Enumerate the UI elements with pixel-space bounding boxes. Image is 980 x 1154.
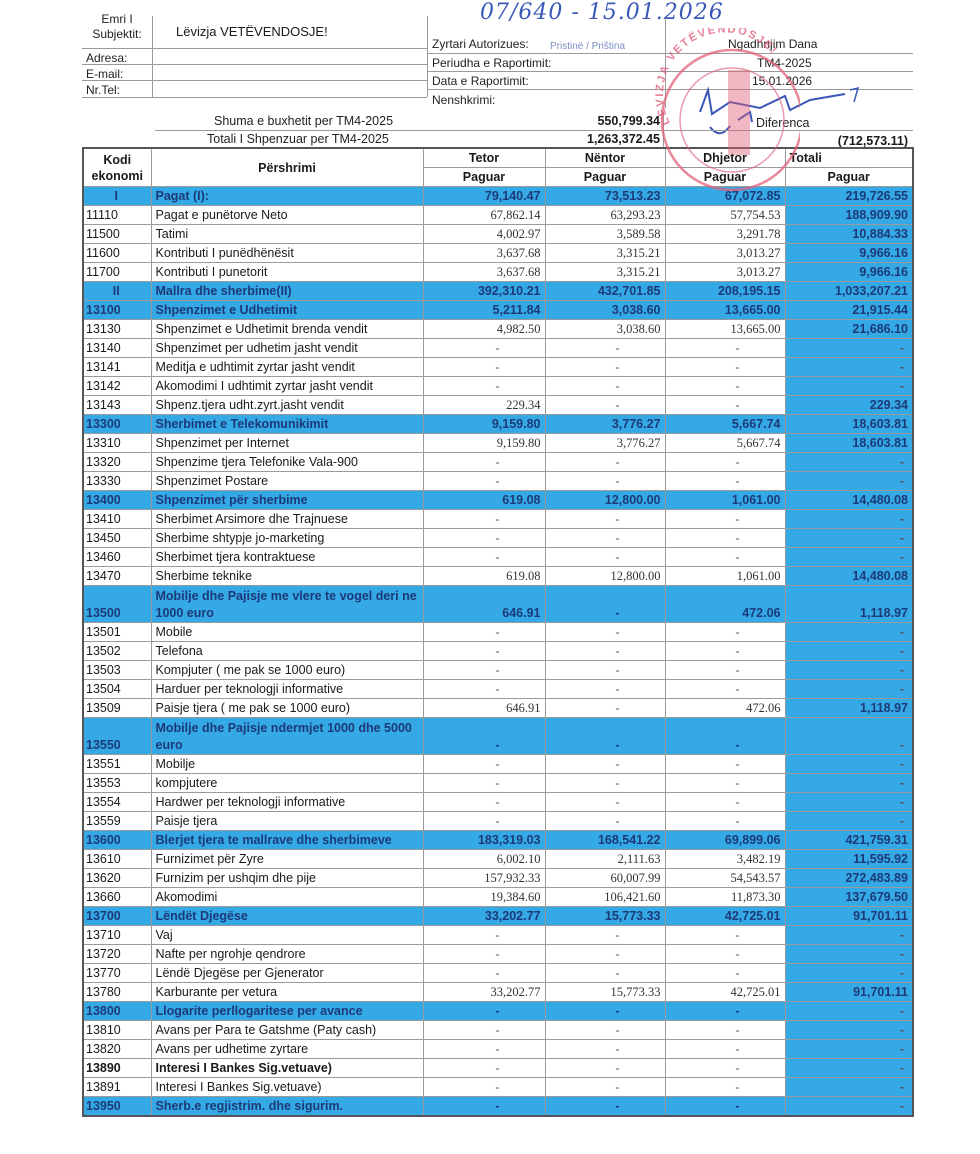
table-row: 13891Interesi I Bankes Sig.vetuave)---- bbox=[83, 1078, 913, 1097]
cell-code: II bbox=[83, 282, 151, 301]
cell-total: - bbox=[785, 472, 913, 491]
cell-code: 13141 bbox=[83, 358, 151, 377]
cell-november: - bbox=[545, 812, 665, 831]
table-row: 13140Shpenzimet per udhetim jasht vendit… bbox=[83, 339, 913, 358]
cell-december: - bbox=[665, 964, 785, 983]
cell-code: 13470 bbox=[83, 567, 151, 586]
cell-october: - bbox=[423, 755, 545, 774]
budget-label: Shuma e buxhetit per TM4-2025 bbox=[214, 114, 393, 128]
cell-december: 472.06 bbox=[665, 586, 785, 623]
cell-october: - bbox=[423, 510, 545, 529]
cell-october: - bbox=[423, 377, 545, 396]
cell-december: 57,754.53 bbox=[665, 206, 785, 225]
cell-october: - bbox=[423, 793, 545, 812]
report-date-label: Data e Raportimit: bbox=[432, 74, 529, 88]
cell-november: 73,513.23 bbox=[545, 187, 665, 206]
cell-total: - bbox=[785, 793, 913, 812]
cell-november: - bbox=[545, 339, 665, 358]
cell-description: Pagat (I): bbox=[151, 187, 423, 206]
email-label: E-mail: bbox=[86, 67, 123, 81]
phone-label: Nr.Tel: bbox=[86, 83, 120, 97]
table-row: 13320Shpenzime tjera Telefonike Vala-900… bbox=[83, 453, 913, 472]
header-december: Dhjetor bbox=[665, 148, 785, 168]
cell-october: - bbox=[423, 1097, 545, 1117]
cell-october: 33,202.77 bbox=[423, 983, 545, 1002]
cell-description: Shpenzimet e Udhetimit bbox=[151, 301, 423, 320]
cell-description: Interesi I Bankes Sig.vetuave) bbox=[151, 1059, 423, 1078]
cell-october: 5,211.84 bbox=[423, 301, 545, 320]
cell-december: - bbox=[665, 529, 785, 548]
cell-november: 15,773.33 bbox=[545, 983, 665, 1002]
cell-november: - bbox=[545, 926, 665, 945]
cell-total: 18,603.81 bbox=[785, 434, 913, 453]
cell-november: - bbox=[545, 1059, 665, 1078]
cell-total: 21,686.10 bbox=[785, 320, 913, 339]
header-october: Tetor bbox=[423, 148, 545, 168]
cell-october: 392,310.21 bbox=[423, 282, 545, 301]
cell-description: Kompjuter ( me pak se 1000 euro) bbox=[151, 661, 423, 680]
cell-october: 67,862.14 bbox=[423, 206, 545, 225]
cell-description: Meditja e udhtimit zyrtar jasht vendit bbox=[151, 358, 423, 377]
cell-december: - bbox=[665, 812, 785, 831]
official-label: Zyrtari Autorizues: bbox=[432, 37, 529, 51]
cell-december: - bbox=[665, 623, 785, 642]
table-group-row: 13500Mobilje dhe Pajisje me vlere te vog… bbox=[83, 586, 913, 623]
cell-december: 5,667.74 bbox=[665, 434, 785, 453]
cell-total: - bbox=[785, 548, 913, 567]
cell-code: 13553 bbox=[83, 774, 151, 793]
cell-total: 137,679.50 bbox=[785, 888, 913, 907]
cell-october: 646.91 bbox=[423, 699, 545, 718]
cell-total: - bbox=[785, 377, 913, 396]
cell-description: Tatimi bbox=[151, 225, 423, 244]
subject-value: Lëvizja VETËVENDOSJE! bbox=[176, 24, 328, 39]
header-november: Nëntor bbox=[545, 148, 665, 168]
cell-october: - bbox=[423, 718, 545, 755]
cell-november: 106,421.60 bbox=[545, 888, 665, 907]
table-row: 13553kompjutere---- bbox=[83, 774, 913, 793]
cell-total: 10,884.33 bbox=[785, 225, 913, 244]
header-paid-total: Paguar bbox=[785, 168, 913, 187]
cell-november: - bbox=[545, 472, 665, 491]
cell-total: 188,909.90 bbox=[785, 206, 913, 225]
cell-october: 33,202.77 bbox=[423, 907, 545, 926]
cell-october: 3,637.68 bbox=[423, 263, 545, 282]
cell-total: 9,966.16 bbox=[785, 263, 913, 282]
cell-total: 11,595.92 bbox=[785, 850, 913, 869]
cell-november: - bbox=[545, 510, 665, 529]
cell-december: - bbox=[665, 1021, 785, 1040]
cell-october: 9,159.80 bbox=[423, 415, 545, 434]
table-row: 13310Shpenzimet per Internet9,159.803,77… bbox=[83, 434, 913, 453]
cell-description: kompjutere bbox=[151, 774, 423, 793]
cell-code: 13143 bbox=[83, 396, 151, 415]
cell-total: - bbox=[785, 945, 913, 964]
cell-december: 1,061.00 bbox=[665, 567, 785, 586]
cell-code: 13559 bbox=[83, 812, 151, 831]
cell-december: - bbox=[665, 1097, 785, 1117]
cell-total: 1,033,207.21 bbox=[785, 282, 913, 301]
table-row: 13559Paisje tjera---- bbox=[83, 812, 913, 831]
cell-october: - bbox=[423, 339, 545, 358]
cell-total: 229.34 bbox=[785, 396, 913, 415]
cell-description: Shpenzimet Postare bbox=[151, 472, 423, 491]
cell-december: - bbox=[665, 945, 785, 964]
cell-october: - bbox=[423, 964, 545, 983]
difference-label: Diferenca bbox=[756, 116, 810, 130]
cell-total: - bbox=[785, 358, 913, 377]
cell-october: - bbox=[423, 548, 545, 567]
cell-november: - bbox=[545, 548, 665, 567]
cell-description: Shpenzimet per Internet bbox=[151, 434, 423, 453]
cell-description: Blerjet tjera te mallrave dhe sherbimeve bbox=[151, 831, 423, 850]
cell-code: 13891 bbox=[83, 1078, 151, 1097]
cell-october: 619.08 bbox=[423, 567, 545, 586]
official-value: Ngadhnjim Dana bbox=[728, 37, 817, 51]
table-row: 13470Sherbime teknike619.0812,800.001,06… bbox=[83, 567, 913, 586]
cell-november: - bbox=[545, 453, 665, 472]
cell-code: 13554 bbox=[83, 793, 151, 812]
table-row: 13554Hardwer per teknologji informative-… bbox=[83, 793, 913, 812]
cell-october: 79,140.47 bbox=[423, 187, 545, 206]
table-row: 13710Vaj---- bbox=[83, 926, 913, 945]
cell-november: - bbox=[545, 699, 665, 718]
table-row: 13450Sherbime shtypje jo-marketing---- bbox=[83, 529, 913, 548]
cell-code: 13142 bbox=[83, 377, 151, 396]
cell-code: 13509 bbox=[83, 699, 151, 718]
table-group-row: 13100Shpenzimet e Udhetimit5,211.843,038… bbox=[83, 301, 913, 320]
cell-total: - bbox=[785, 680, 913, 699]
cell-code: 13300 bbox=[83, 415, 151, 434]
cell-october: - bbox=[423, 1078, 545, 1097]
cell-october: - bbox=[423, 529, 545, 548]
cell-description: Furnizimet për Zyre bbox=[151, 850, 423, 869]
table-row: 13503Kompjuter ( me pak se 1000 euro)---… bbox=[83, 661, 913, 680]
cell-november: 3,315.21 bbox=[545, 244, 665, 263]
cell-description: Kontributi I punetorit bbox=[151, 263, 423, 282]
cell-october: - bbox=[423, 926, 545, 945]
cell-november: - bbox=[545, 1040, 665, 1059]
table-row: 13142Akomodimi I udhtimit zyrtar jasht v… bbox=[83, 377, 913, 396]
handwritten-reference: 07/640 - 15.01.2026 bbox=[480, 0, 724, 25]
cell-total: - bbox=[785, 642, 913, 661]
cell-code: 13130 bbox=[83, 320, 151, 339]
cell-december: - bbox=[665, 453, 785, 472]
cell-description: Paisje tjera bbox=[151, 812, 423, 831]
cell-november: 63,293.23 bbox=[545, 206, 665, 225]
cell-description: Akomodimi I udhtimit zyrtar jasht vendit bbox=[151, 377, 423, 396]
cell-october: - bbox=[423, 812, 545, 831]
cell-october: - bbox=[423, 1021, 545, 1040]
cell-november: 3,038.60 bbox=[545, 320, 665, 339]
cell-october: 19,384.60 bbox=[423, 888, 545, 907]
spent-label: Totali I Shpenzuar per TM4-2025 bbox=[207, 132, 389, 146]
cell-description: Mobilje bbox=[151, 755, 423, 774]
table-group-row: IIMallra dhe sherbime(II)392,310.21432,7… bbox=[83, 282, 913, 301]
cell-code: 13770 bbox=[83, 964, 151, 983]
office-stamp-text: Pristinë / Priština bbox=[550, 41, 625, 52]
cell-code: 13890 bbox=[83, 1059, 151, 1078]
table-row: 13509Paisje tjera ( me pak se 1000 euro)… bbox=[83, 699, 913, 718]
table-group-row: 13300Sherbimet e Telekomunikimit9,159.80… bbox=[83, 415, 913, 434]
cell-total: 9,966.16 bbox=[785, 244, 913, 263]
cell-code: 13330 bbox=[83, 472, 151, 491]
cell-code: 13800 bbox=[83, 1002, 151, 1021]
cell-code: 13600 bbox=[83, 831, 151, 850]
cell-total: 14,480.08 bbox=[785, 567, 913, 586]
cell-description: Shpenz.tjera udht.zyrt.jasht vendit bbox=[151, 396, 423, 415]
cell-november: - bbox=[545, 793, 665, 812]
cell-december: 13,665.00 bbox=[665, 301, 785, 320]
table-row: 13501Mobile---- bbox=[83, 623, 913, 642]
table-row: 13610Furnizimet për Zyre6,002.102,111.63… bbox=[83, 850, 913, 869]
cell-code: 13710 bbox=[83, 926, 151, 945]
cell-december: - bbox=[665, 396, 785, 415]
cell-october: - bbox=[423, 642, 545, 661]
cell-december: - bbox=[665, 1040, 785, 1059]
cell-october: - bbox=[423, 661, 545, 680]
cell-december: - bbox=[665, 755, 785, 774]
cell-description: Mobilje dhe Pajisje ndermjet 1000 dhe 50… bbox=[151, 718, 423, 755]
cell-december: 67,072.85 bbox=[665, 187, 785, 206]
cell-total: - bbox=[785, 1059, 913, 1078]
cell-code: 13610 bbox=[83, 850, 151, 869]
cell-december: 42,725.01 bbox=[665, 983, 785, 1002]
cell-december: 13,665.00 bbox=[665, 320, 785, 339]
cell-october: - bbox=[423, 945, 545, 964]
cell-december: - bbox=[665, 339, 785, 358]
cell-december: 3,482.19 bbox=[665, 850, 785, 869]
table-row: 13141Meditja e udhtimit zyrtar jasht ven… bbox=[83, 358, 913, 377]
cell-december: 69,899.06 bbox=[665, 831, 785, 850]
cell-november: 3,776.27 bbox=[545, 434, 665, 453]
cell-description: Shpenzimet për sherbime bbox=[151, 491, 423, 510]
cell-december: 3,013.27 bbox=[665, 244, 785, 263]
table-row: 13890Interesi I Bankes Sig.vetuave)---- bbox=[83, 1059, 913, 1078]
table-group-row: 13550Mobilje dhe Pajisje ndermjet 1000 d… bbox=[83, 718, 913, 755]
cell-total: - bbox=[785, 1002, 913, 1021]
cell-december: - bbox=[665, 510, 785, 529]
cell-total: - bbox=[785, 661, 913, 680]
cell-december: - bbox=[665, 1078, 785, 1097]
cell-november: - bbox=[545, 661, 665, 680]
cell-code: 13502 bbox=[83, 642, 151, 661]
cell-description: Sherbime teknike bbox=[151, 567, 423, 586]
cell-total: 219,726.55 bbox=[785, 187, 913, 206]
cell-november: - bbox=[545, 680, 665, 699]
table-row: 13130Shpenzimet e Udhetimit brenda vendi… bbox=[83, 320, 913, 339]
cell-december: - bbox=[665, 793, 785, 812]
header-total: Totali bbox=[785, 148, 913, 168]
cell-description: Sherbimet tjera kontraktuese bbox=[151, 548, 423, 567]
cell-description: Vaj bbox=[151, 926, 423, 945]
cell-description: Interesi I Bankes Sig.vetuave) bbox=[151, 1078, 423, 1097]
cell-description: Shpenzimet e Udhetimit brenda vendit bbox=[151, 320, 423, 339]
cell-november: - bbox=[545, 774, 665, 793]
cell-november: - bbox=[545, 964, 665, 983]
cell-october: - bbox=[423, 1040, 545, 1059]
cell-total: 21,915.44 bbox=[785, 301, 913, 320]
cell-code: 13400 bbox=[83, 491, 151, 510]
cell-description: Paisje tjera ( me pak se 1000 euro) bbox=[151, 699, 423, 718]
table-row: 13820Avans per udhetime zyrtare---- bbox=[83, 1040, 913, 1059]
cell-description: Mobile bbox=[151, 623, 423, 642]
cell-october: 646.91 bbox=[423, 586, 545, 623]
table-row: 13410Sherbimet Arsimore dhe Trajnuese---… bbox=[83, 510, 913, 529]
cell-code: 13450 bbox=[83, 529, 151, 548]
cell-total: - bbox=[785, 755, 913, 774]
table-row: 13620Furnizim per ushqim dhe pije157,932… bbox=[83, 869, 913, 888]
cell-october: 183,319.03 bbox=[423, 831, 545, 850]
cell-november: 12,800.00 bbox=[545, 567, 665, 586]
cell-december: 54,543.57 bbox=[665, 869, 785, 888]
cell-october: 4,002.97 bbox=[423, 225, 545, 244]
cell-code: 13551 bbox=[83, 755, 151, 774]
table-row: 13720Nafte per ngrohje qendrore---- bbox=[83, 945, 913, 964]
cell-description: Lëndët Djegëse bbox=[151, 907, 423, 926]
cell-november: - bbox=[545, 358, 665, 377]
cell-november: 12,800.00 bbox=[545, 491, 665, 510]
cell-code: 13660 bbox=[83, 888, 151, 907]
cell-total: - bbox=[785, 964, 913, 983]
cell-november: - bbox=[545, 1002, 665, 1021]
cell-description: Pagat e punëtorve Neto bbox=[151, 206, 423, 225]
cell-november: 168,541.22 bbox=[545, 831, 665, 850]
cell-december: - bbox=[665, 472, 785, 491]
cell-description: Avans per udhetime zyrtare bbox=[151, 1040, 423, 1059]
cell-december: - bbox=[665, 718, 785, 755]
cell-description: Furnizim per ushqim dhe pije bbox=[151, 869, 423, 888]
cell-november: - bbox=[545, 642, 665, 661]
cell-total: - bbox=[785, 529, 913, 548]
cell-december: 42,725.01 bbox=[665, 907, 785, 926]
period-label: Periudha e Raportimit: bbox=[432, 56, 551, 70]
header-code: Kodiekonomi bbox=[83, 148, 151, 187]
cell-december: 11,873.30 bbox=[665, 888, 785, 907]
cell-november: - bbox=[545, 1078, 665, 1097]
cell-description: Karburante per vetura bbox=[151, 983, 423, 1002]
header-paid-nov: Paguar bbox=[545, 168, 665, 187]
cell-code: I bbox=[83, 187, 151, 206]
cell-november: - bbox=[545, 945, 665, 964]
header-paid-dec: Paguar bbox=[665, 168, 785, 187]
cell-december: - bbox=[665, 680, 785, 699]
cell-december: - bbox=[665, 926, 785, 945]
cell-total: 272,483.89 bbox=[785, 869, 913, 888]
cell-november: 3,038.60 bbox=[545, 301, 665, 320]
cell-description: Mobilje dhe Pajisje me vlere te vogel de… bbox=[151, 586, 423, 623]
cell-total: - bbox=[785, 510, 913, 529]
address-label: Adresa: bbox=[86, 51, 127, 65]
cell-october: 229.34 bbox=[423, 396, 545, 415]
cell-code: 13410 bbox=[83, 510, 151, 529]
table-row: 13460Sherbimet tjera kontraktuese---- bbox=[83, 548, 913, 567]
cell-code: 13140 bbox=[83, 339, 151, 358]
cell-description: Telefona bbox=[151, 642, 423, 661]
cell-description: Harduer per teknologji informative bbox=[151, 680, 423, 699]
cell-description: Nafte per ngrohje qendrore bbox=[151, 945, 423, 964]
cell-october: 619.08 bbox=[423, 491, 545, 510]
cell-description: Avans per Para te Gatshme (Paty cash) bbox=[151, 1021, 423, 1040]
cell-total: 1,118.97 bbox=[785, 586, 913, 623]
table-row: 13660Akomodimi19,384.60106,421.6011,873.… bbox=[83, 888, 913, 907]
cell-code: 11500 bbox=[83, 225, 151, 244]
cell-october: 3,637.68 bbox=[423, 244, 545, 263]
cell-november: - bbox=[545, 529, 665, 548]
cell-total: 1,118.97 bbox=[785, 699, 913, 718]
table-row: 13551Mobilje---- bbox=[83, 755, 913, 774]
cell-code: 13310 bbox=[83, 434, 151, 453]
cell-december: 1,061.00 bbox=[665, 491, 785, 510]
cell-november: 3,776.27 bbox=[545, 415, 665, 434]
cell-november: 15,773.33 bbox=[545, 907, 665, 926]
cell-november: - bbox=[545, 623, 665, 642]
cell-description: Llogarite perllogaritese per avance bbox=[151, 1002, 423, 1021]
cell-code: 13503 bbox=[83, 661, 151, 680]
cell-december: 208,195.15 bbox=[665, 282, 785, 301]
cell-code: 11600 bbox=[83, 244, 151, 263]
cell-november: - bbox=[545, 1097, 665, 1117]
cell-total: - bbox=[785, 718, 913, 755]
table-row: 13810Avans per Para te Gatshme (Paty cas… bbox=[83, 1021, 913, 1040]
cell-code: 13500 bbox=[83, 586, 151, 623]
cell-code: 13700 bbox=[83, 907, 151, 926]
cell-december: - bbox=[665, 661, 785, 680]
cell-november: - bbox=[545, 1021, 665, 1040]
cell-code: 13950 bbox=[83, 1097, 151, 1117]
cell-november: 432,701.85 bbox=[545, 282, 665, 301]
cell-december: - bbox=[665, 774, 785, 793]
cell-october: 6,002.10 bbox=[423, 850, 545, 869]
cell-december: 3,291.78 bbox=[665, 225, 785, 244]
cell-december: - bbox=[665, 377, 785, 396]
cell-october: - bbox=[423, 1002, 545, 1021]
table-group-row: 13700 Lëndët Djegëse33,202.7715,773.3342… bbox=[83, 907, 913, 926]
table-group-row: 13950Sherb.e regjistrim. dhe sigurim.---… bbox=[83, 1097, 913, 1117]
table-row: 13143Shpenz.tjera udht.zyrt.jasht vendit… bbox=[83, 396, 913, 415]
cell-total: - bbox=[785, 1040, 913, 1059]
cell-description: Sherbime shtypje jo-marketing bbox=[151, 529, 423, 548]
cell-november: 60,007.99 bbox=[545, 869, 665, 888]
cell-november: 3,315.21 bbox=[545, 263, 665, 282]
header-paid-oct: Paguar bbox=[423, 168, 545, 187]
table-row: 13502Telefona---- bbox=[83, 642, 913, 661]
cell-october: - bbox=[423, 623, 545, 642]
spent-value: 1,263,372.45 bbox=[545, 132, 660, 146]
cell-description: Sherb.e regjistrim. dhe sigurim. bbox=[151, 1097, 423, 1117]
cell-total: - bbox=[785, 774, 913, 793]
cell-october: - bbox=[423, 1059, 545, 1078]
table-row: 11700Kontributi I punetorit3,637.683,315… bbox=[83, 263, 913, 282]
cell-code: 13550 bbox=[83, 718, 151, 755]
cell-october: - bbox=[423, 774, 545, 793]
cell-total: - bbox=[785, 623, 913, 642]
cell-code: 13780 bbox=[83, 983, 151, 1002]
cell-november: 2,111.63 bbox=[545, 850, 665, 869]
signature-label: Nenshkrimi: bbox=[432, 93, 495, 107]
cell-december: - bbox=[665, 1059, 785, 1078]
cell-code: 13820 bbox=[83, 1040, 151, 1059]
table-group-row: 13400Shpenzimet për sherbime619.0812,800… bbox=[83, 491, 913, 510]
cell-november: 3,589.58 bbox=[545, 225, 665, 244]
table-group-row: IPagat (I):79,140.4773,513.2367,072.8521… bbox=[83, 187, 913, 206]
table-row: 13504Harduer per teknologji informative-… bbox=[83, 680, 913, 699]
table-row: 13330Shpenzimet Postare---- bbox=[83, 472, 913, 491]
cell-total: - bbox=[785, 339, 913, 358]
cell-october: - bbox=[423, 453, 545, 472]
cell-code: 13720 bbox=[83, 945, 151, 964]
cell-december: 5,667.74 bbox=[665, 415, 785, 434]
